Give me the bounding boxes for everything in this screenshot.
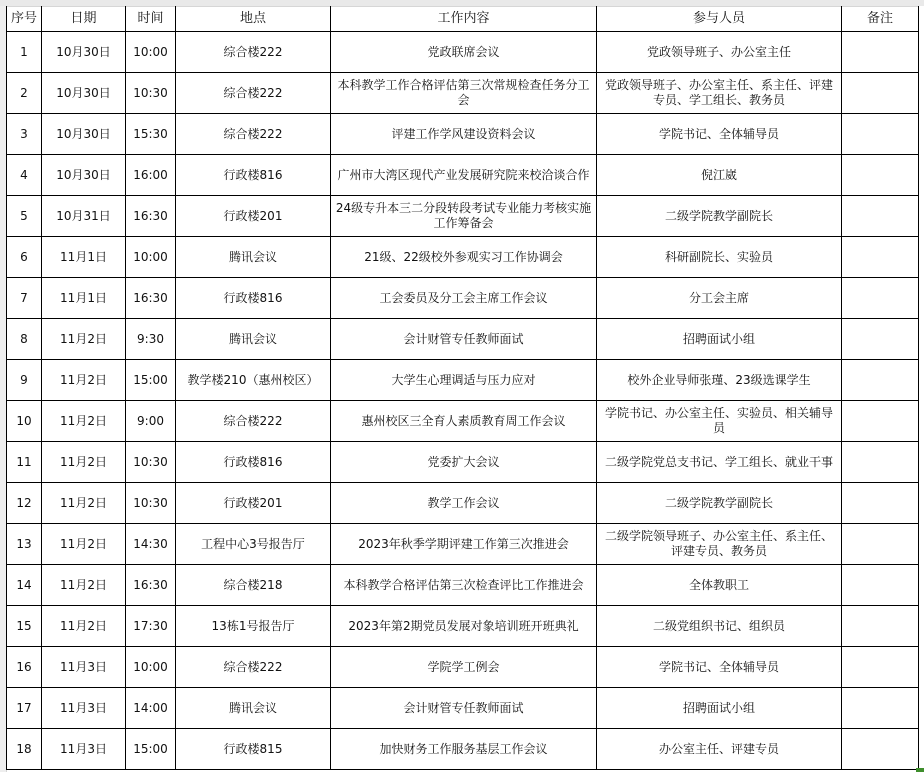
cell-content[interactable]: 加快财务工作服务基层工作会议 [331,729,597,770]
cell-no[interactable]: 14 [7,565,42,606]
cell-content[interactable]: 评建工作学风建设资料会议 [331,114,597,155]
cell-place[interactable]: 13栋1号报告厅 [176,606,331,647]
cell-note[interactable] [842,483,919,524]
cell-time[interactable]: 15:30 [126,114,176,155]
cell-date[interactable]: 11月2日 [42,401,126,442]
cell-no[interactable]: 3 [7,114,42,155]
table-row: 1411月2日16:30综合楼218本科教学合格评估第三次检查评比工作推进会全体… [7,565,919,606]
cell-time[interactable]: 10:30 [126,73,176,114]
cell-date[interactable]: 11月1日 [42,278,126,319]
cell-place[interactable]: 教学楼210（惠州校区） [176,360,331,401]
table-row: 711月1日16:30行政楼816工会委员及分工会主席工作会议分工会主席 [7,278,919,319]
table-row: 1311月2日14:30工程中心3号报告厅2023年秋季学期评建工作第三次推进会… [7,524,919,565]
cell-date[interactable]: 10月31日 [42,196,126,237]
cell-place[interactable]: 综合楼222 [176,32,331,73]
cell-no[interactable]: 13 [7,524,42,565]
cell-date[interactable]: 11月2日 [42,360,126,401]
cell-date[interactable]: 10月30日 [42,114,126,155]
schedule-table: 序号 日期 时间 地点 工作内容 参与人员 备注 110月30日10:00综合楼… [6,6,919,770]
header-cell-note[interactable]: 备注 [842,6,919,32]
cell-no[interactable]: 12 [7,483,42,524]
table-row: 210月30日10:30综合楼222本科教学工作合格评估第三次常规检查任务分工会… [7,73,919,114]
cell-note[interactable] [842,196,919,237]
cell-content[interactable]: 会计财管专任教师面试 [331,319,597,360]
cell-no[interactable]: 9 [7,360,42,401]
cell-time[interactable]: 16:30 [126,278,176,319]
cell-people[interactable]: 学院书记、全体辅导员 [597,114,842,155]
cell-people[interactable]: 党政领导班子、办公室主任 [597,32,842,73]
cell-note[interactable] [842,155,919,196]
header-cell-content[interactable]: 工作内容 [331,6,597,32]
cell-time[interactable]: 16:30 [126,196,176,237]
cell-note[interactable] [842,319,919,360]
cell-note[interactable] [842,278,919,319]
cell-time[interactable]: 10:30 [126,442,176,483]
cell-people[interactable]: 二级学院教学副院长 [597,196,842,237]
cell-note[interactable] [842,360,919,401]
cell-people[interactable]: 二级学院党总支书记、学工组长、就业干事 [597,442,842,483]
table-row: 110月30日10:00综合楼222党政联席会议党政领导班子、办公室主任 [7,32,919,73]
cell-content[interactable]: 会计财管专任教师面试 [331,688,597,729]
cell-note[interactable] [842,565,919,606]
cell-place[interactable]: 综合楼222 [176,401,331,442]
cell-content[interactable]: 广州市大湾区现代产业发展研究院来校洽谈合作 [331,155,597,196]
cell-note[interactable] [842,606,919,647]
cell-no[interactable]: 17 [7,688,42,729]
cell-time[interactable]: 15:00 [126,360,176,401]
cell-no[interactable]: 18 [7,729,42,770]
cell-no[interactable]: 8 [7,319,42,360]
cell-people[interactable]: 党政领导班子、办公室主任、系主任、评建专员、学工组长、教务员 [597,73,842,114]
cell-people[interactable]: 招聘面试小组 [597,319,842,360]
cell-content[interactable]: 21级、22级校外参观实习工作协调会 [331,237,597,278]
header-cell-date[interactable]: 日期 [42,6,126,32]
cell-no[interactable]: 4 [7,155,42,196]
cell-place[interactable]: 工程中心3号报告厅 [176,524,331,565]
cell-place[interactable]: 综合楼222 [176,647,331,688]
cell-date[interactable]: 11月3日 [42,647,126,688]
cell-date[interactable]: 10月30日 [42,155,126,196]
table-row: 1111月2日10:30行政楼816党委扩大会议二级学院党总支书记、学工组长、就… [7,442,919,483]
cell-time[interactable]: 10:30 [126,483,176,524]
cell-place[interactable]: 行政楼201 [176,196,331,237]
cell-place[interactable]: 行政楼816 [176,155,331,196]
cell-date[interactable]: 11月1日 [42,237,126,278]
cell-content[interactable]: 2023年秋季学期评建工作第三次推进会 [331,524,597,565]
cell-content[interactable]: 本科教学工作合格评估第三次常规检查任务分工会 [331,73,597,114]
cell-people[interactable]: 学院书记、全体辅导员 [597,647,842,688]
header-cell-time[interactable]: 时间 [126,6,176,32]
cell-no[interactable]: 7 [7,278,42,319]
cell-content[interactable]: 24级专升本三二分段转段考试专业能力考核实施工作筹备会 [331,196,597,237]
cell-time[interactable]: 10:00 [126,32,176,73]
cell-time[interactable]: 17:30 [126,606,176,647]
cell-time[interactable]: 9:00 [126,401,176,442]
table-row: 1211月2日10:30行政楼201教学工作会议二级学院教学副院长 [7,483,919,524]
header-cell-no[interactable]: 序号 [7,6,42,32]
fill-handle[interactable] [916,768,924,772]
cell-people[interactable]: 学院书记、办公室主任、实验员、相关辅导员 [597,401,842,442]
cell-date[interactable]: 11月2日 [42,319,126,360]
cell-time[interactable]: 14:00 [126,688,176,729]
cell-time[interactable]: 10:00 [126,647,176,688]
cell-content[interactable]: 党委扩大会议 [331,442,597,483]
cell-note[interactable] [842,524,919,565]
cell-people[interactable]: 二级学院领导班子、办公室主任、系主任、评建专员、教务员 [597,524,842,565]
cell-note[interactable] [842,32,919,73]
header-row: 序号 日期 时间 地点 工作内容 参与人员 备注 [7,6,919,32]
cell-date[interactable]: 10月30日 [42,73,126,114]
table-row: 310月30日15:30综合楼222评建工作学风建设资料会议学院书记、全体辅导员 [7,114,919,155]
cell-place[interactable]: 腾讯会议 [176,319,331,360]
cell-time[interactable]: 15:00 [126,729,176,770]
cell-content[interactable]: 惠州校区三全育人素质教育周工作会议 [331,401,597,442]
cell-date[interactable]: 11月3日 [42,688,126,729]
table-row: 410月30日16:00行政楼816广州市大湾区现代产业发展研究院来校洽谈合作倪… [7,155,919,196]
table-row: 611月1日10:00腾讯会议21级、22级校外参观实习工作协调会科研副院长、实… [7,237,919,278]
cell-place[interactable]: 腾讯会议 [176,237,331,278]
cell-date[interactable]: 11月2日 [42,606,126,647]
table-row: 510月31日16:30行政楼20124级专升本三二分段转段考试专业能力考核实施… [7,196,919,237]
cell-content[interactable]: 2023年第2期党员发展对象培训班开班典礼 [331,606,597,647]
cell-place[interactable]: 行政楼815 [176,729,331,770]
cell-date[interactable]: 11月2日 [42,442,126,483]
cell-no[interactable]: 2 [7,73,42,114]
cell-no[interactable]: 16 [7,647,42,688]
cell-people[interactable]: 校外企业导师张瑾、23级选课学生 [597,360,842,401]
table-row: 1711月3日14:00腾讯会议会计财管专任教师面试招聘面试小组 [7,688,919,729]
cell-date[interactable]: 11月3日 [42,729,126,770]
cell-content[interactable]: 教学工作会议 [331,483,597,524]
cell-no[interactable]: 5 [7,196,42,237]
cell-note[interactable] [842,647,919,688]
cell-date[interactable]: 11月2日 [42,565,126,606]
cell-time[interactable]: 14:30 [126,524,176,565]
cell-note[interactable] [842,442,919,483]
cell-place[interactable]: 综合楼218 [176,565,331,606]
cell-place[interactable]: 综合楼222 [176,73,331,114]
cell-people[interactable]: 二级学院教学副院长 [597,483,842,524]
cell-note[interactable] [842,114,919,155]
table-row: 1611月3日10:00综合楼222学院学工例会学院书记、全体辅导员 [7,647,919,688]
cell-people[interactable]: 倪江崴 [597,155,842,196]
cell-note[interactable] [842,401,919,442]
cell-no[interactable]: 15 [7,606,42,647]
header-cell-place[interactable]: 地点 [176,6,331,32]
cell-content[interactable]: 工会委员及分工会主席工作会议 [331,278,597,319]
cell-date[interactable]: 10月30日 [42,32,126,73]
cell-no[interactable]: 1 [7,32,42,73]
cell-people[interactable]: 二级党组织书记、组织员 [597,606,842,647]
cell-content[interactable]: 本科教学合格评估第三次检查评比工作推进会 [331,565,597,606]
cell-people[interactable]: 办公室主任、评建专员 [597,729,842,770]
cell-date[interactable]: 11月2日 [42,483,126,524]
cell-place[interactable]: 综合楼222 [176,114,331,155]
cell-content[interactable]: 党政联席会议 [331,32,597,73]
cell-no[interactable]: 6 [7,237,42,278]
cell-people[interactable]: 分工会主席 [597,278,842,319]
cell-note[interactable] [842,688,919,729]
cell-content[interactable]: 学院学工例会 [331,647,597,688]
cell-people[interactable]: 全体教职工 [597,565,842,606]
cell-note[interactable] [842,729,919,770]
cell-note[interactable] [842,73,919,114]
table-row: 1511月2日17:3013栋1号报告厅2023年第2期党员发展对象培训班开班典… [7,606,919,647]
cell-time[interactable]: 10:00 [126,237,176,278]
cell-people[interactable]: 招聘面试小组 [597,688,842,729]
cell-no[interactable]: 11 [7,442,42,483]
cell-people[interactable]: 科研副院长、实验员 [597,237,842,278]
cell-place[interactable]: 行政楼816 [176,278,331,319]
table-row: 911月2日15:00教学楼210（惠州校区）大学生心理调适与压力应对校外企业导… [7,360,919,401]
cell-no[interactable]: 10 [7,401,42,442]
table-row: 1011月2日9:00综合楼222惠州校区三全育人素质教育周工作会议学院书记、办… [7,401,919,442]
table-row: 1811月3日15:00行政楼815加快财务工作服务基层工作会议办公室主任、评建… [7,729,919,770]
cell-place[interactable]: 腾讯会议 [176,688,331,729]
header-cell-people[interactable]: 参与人员 [597,6,842,32]
cell-time[interactable]: 16:00 [126,155,176,196]
table-row: 811月2日9:30腾讯会议会计财管专任教师面试招聘面试小组 [7,319,919,360]
cell-content[interactable]: 大学生心理调适与压力应对 [331,360,597,401]
cell-note[interactable] [842,237,919,278]
cell-date[interactable]: 11月2日 [42,524,126,565]
cell-time[interactable]: 9:30 [126,319,176,360]
cell-place[interactable]: 行政楼816 [176,442,331,483]
cell-place[interactable]: 行政楼201 [176,483,331,524]
cell-time[interactable]: 16:30 [126,565,176,606]
